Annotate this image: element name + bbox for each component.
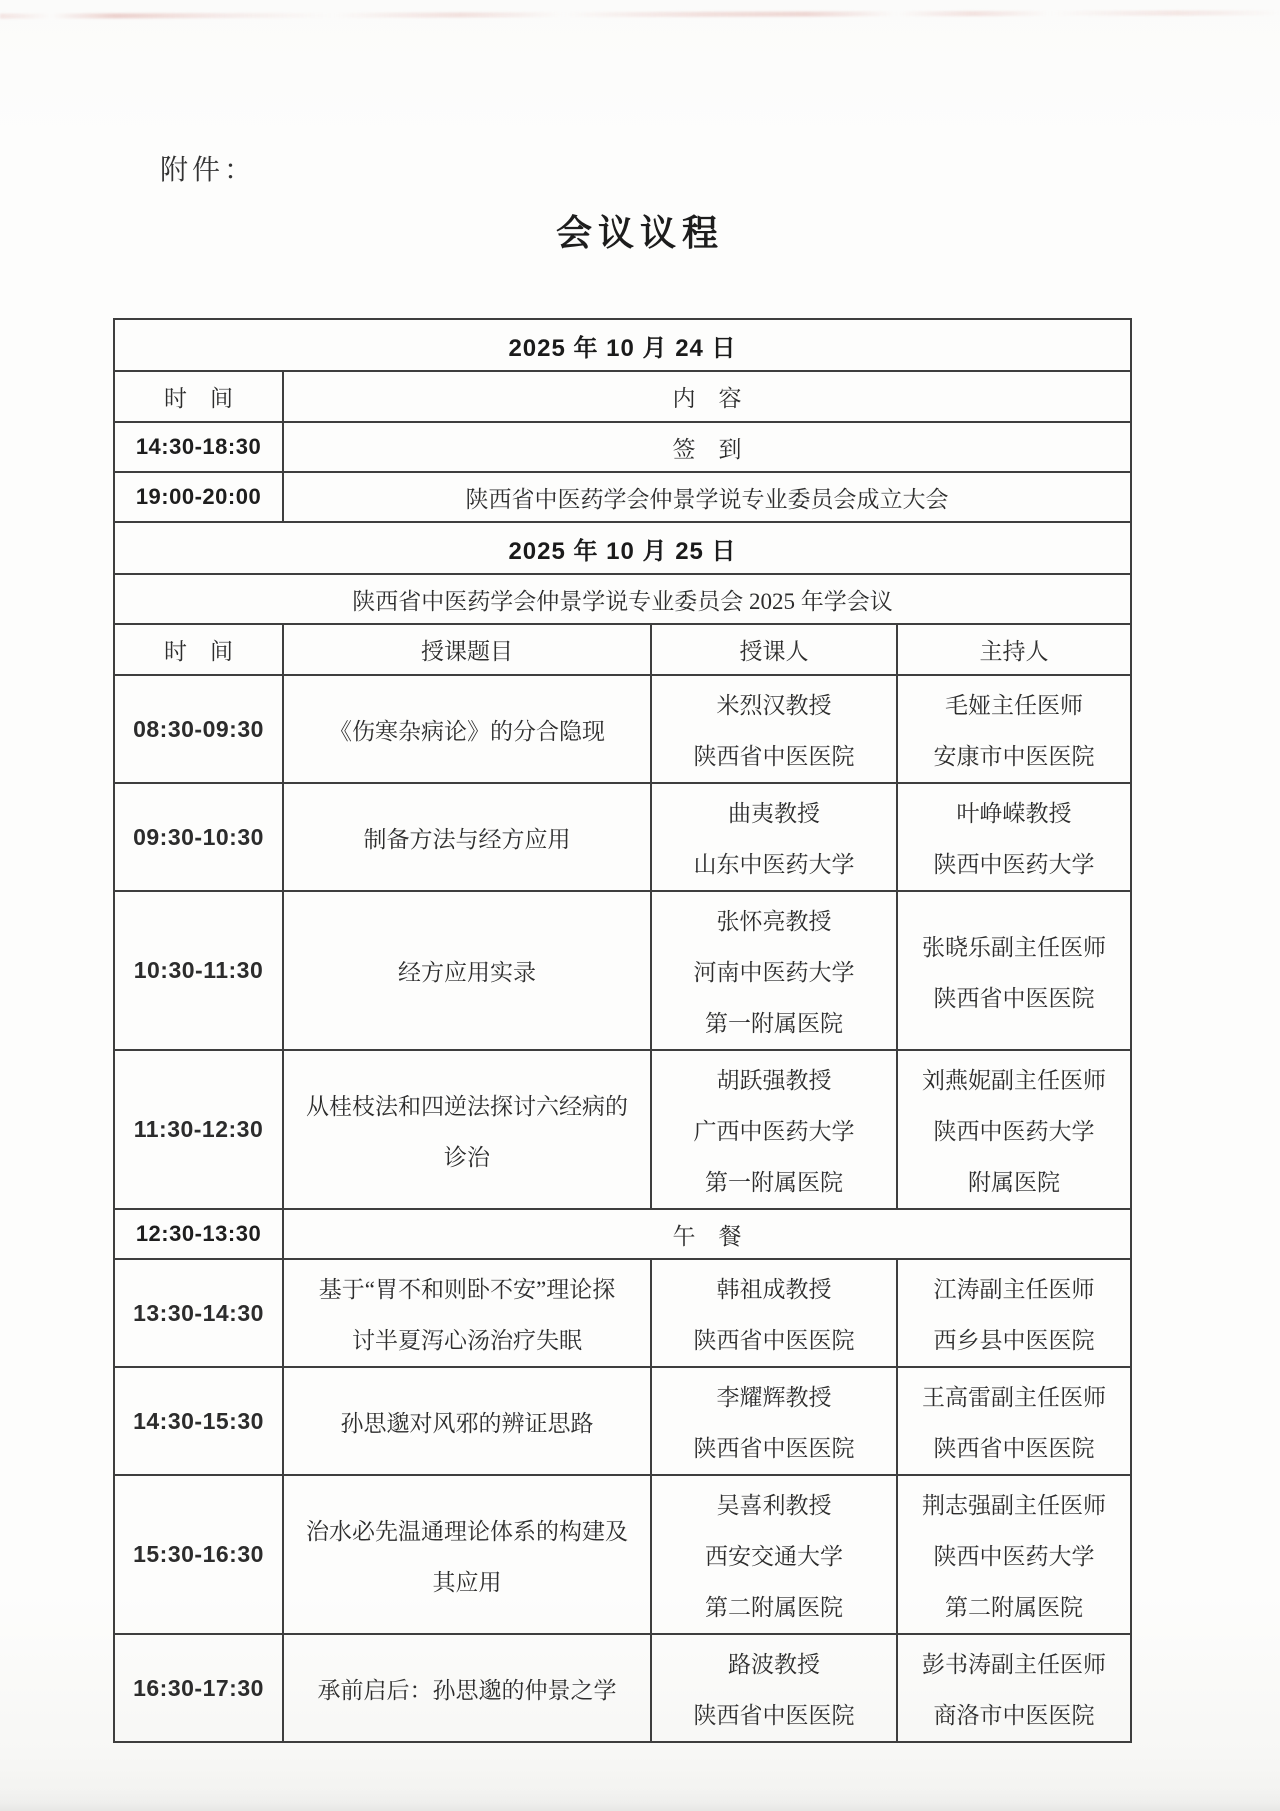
cell-line: 胡跃强教授 xyxy=(658,1053,890,1104)
cell-line: 时 间 xyxy=(119,380,278,413)
cell-line: 商洛市中医医院 xyxy=(904,1688,1124,1739)
scan-artifact-top xyxy=(0,10,1280,18)
cell-line: 14:30-18:30 xyxy=(119,434,278,460)
cell-line: 叶峥嵘教授 xyxy=(904,786,1124,837)
header-host-cell: 主持人 xyxy=(897,624,1131,675)
subtitle-cell: 陕西省中医药学会仲景学说专业委员会 2025 年学会议 xyxy=(114,574,1131,624)
speaker-cell: 曲夷教授山东中医药大学 xyxy=(651,783,897,891)
cell-line: 08:30-09:30 xyxy=(121,704,276,755)
host-cell: 荆志强副主任医师陕西中医药大学第二附属医院 xyxy=(897,1475,1131,1634)
cell-line: 19:00-20:00 xyxy=(119,484,278,510)
cell-line: 其应用 xyxy=(290,1555,644,1606)
table-row-session: 13:30-14:30基于“胃不和则卧不安”理论探讨半夏泻心汤治疗失眠韩祖成教授… xyxy=(114,1259,1131,1367)
cell-line: 陕西省中医医院 xyxy=(658,729,890,780)
cell-line: 09:30-10:30 xyxy=(121,812,276,863)
page-title: 会议议程 xyxy=(0,205,1280,256)
cell-line: 讨半夏泻心汤治疗失眠 xyxy=(290,1313,644,1364)
attachment-label: 附件： xyxy=(160,148,256,188)
cell-line: 13:30-14:30 xyxy=(121,1288,276,1339)
cell-line: 陕西省中医医院 xyxy=(658,1688,890,1739)
cell-line: 第一附属医院 xyxy=(658,1155,890,1206)
cell-line: 诊治 xyxy=(290,1130,644,1181)
table-row-session: 16:30-17:30承前启后：孙思邈的仲景之学路波教授陕西省中医医院彭书涛副主… xyxy=(114,1634,1131,1742)
topic-cell: 治水必先温通理论体系的构建及其应用 xyxy=(283,1475,651,1634)
topic-cell: 承前启后：孙思邈的仲景之学 xyxy=(283,1634,651,1742)
cell-line: 从桂枝法和四逆法探讨六经病的 xyxy=(290,1079,644,1130)
table-row-head2: 时 间内 容 xyxy=(114,371,1131,422)
header-content-cell: 内 容 xyxy=(283,371,1131,422)
cell-line: 荆志强副主任医师 xyxy=(904,1478,1124,1529)
cell-line: 陕西省中医药学会仲景学说专业委员会成立大会 xyxy=(288,481,1126,514)
cell-line: 内 容 xyxy=(288,380,1126,413)
cell-line: 16:30-17:30 xyxy=(121,1663,276,1714)
cell-line: 陕西中医药大学 xyxy=(904,837,1124,888)
host-cell: 张晓乐副主任医师陕西省中医医院 xyxy=(897,891,1131,1050)
topic-cell: 经方应用实录 xyxy=(283,891,651,1050)
speaker-cell: 李耀辉教授陕西省中医医院 xyxy=(651,1367,897,1475)
cell-line: 山东中医药大学 xyxy=(658,837,890,888)
cell-line: 陕西省中医医院 xyxy=(658,1313,890,1364)
time-cell: 14:30-18:30 xyxy=(114,422,283,472)
table-row-simple: 14:30-18:30签 到 xyxy=(114,422,1131,472)
content-cell: 午 餐 xyxy=(283,1209,1131,1259)
table-row-date: 2025 年 10 月 25 日 xyxy=(114,522,1131,574)
header-speaker-cell: 授课人 xyxy=(651,624,897,675)
cell-line: 制备方法与经方应用 xyxy=(290,812,644,863)
cell-line: 西安交通大学 xyxy=(658,1529,890,1580)
cell-line: 主持人 xyxy=(902,633,1126,666)
speaker-cell: 米烈汉教授陕西省中医医院 xyxy=(651,675,897,783)
cell-line: 10:30-11:30 xyxy=(121,945,276,996)
content-cell: 陕西省中医药学会仲景学说专业委员会成立大会 xyxy=(283,472,1131,522)
cell-line: 毛娅主任医师 xyxy=(904,678,1124,729)
cell-line: 曲夷教授 xyxy=(658,786,890,837)
cell-line: 张晓乐副主任医师 xyxy=(904,920,1124,971)
table-row-session: 09:30-10:30制备方法与经方应用曲夷教授山东中医药大学叶峥嵘教授陕西中医… xyxy=(114,783,1131,891)
time-cell: 11:30-12:30 xyxy=(114,1050,283,1209)
cell-line: 基于“胃不和则卧不安”理论探 xyxy=(290,1262,644,1313)
cell-line: 吴喜利教授 xyxy=(658,1478,890,1529)
host-cell: 刘燕妮副主任医师陕西中医药大学附属医院 xyxy=(897,1050,1131,1209)
cell-line: 陕西中医药大学 xyxy=(904,1104,1124,1155)
cell-line: 附属医院 xyxy=(904,1155,1124,1206)
cell-line: 第二附属医院 xyxy=(658,1580,890,1631)
table-row-session: 11:30-12:30从桂枝法和四逆法探讨六经病的诊治胡跃强教授广西中医药大学第… xyxy=(114,1050,1131,1209)
date-cell: 2025 年 10 月 24 日 xyxy=(114,319,1131,371)
cell-line: 午 餐 xyxy=(288,1218,1126,1251)
cell-line: 陕西省中医药学会仲景学说专业委员会 2025 年学会议 xyxy=(119,583,1126,616)
cell-line: 陕西省中医医院 xyxy=(904,971,1124,1022)
cell-line: 陕西中医药大学 xyxy=(904,1529,1124,1580)
cell-line: 2025 年 10 月 24 日 xyxy=(119,328,1126,363)
cell-line: 2025 年 10 月 25 日 xyxy=(119,531,1126,566)
speaker-cell: 韩祖成教授陕西省中医医院 xyxy=(651,1259,897,1367)
agenda-table: 2025 年 10 月 24 日时 间内 容14:30-18:30签 到19:0… xyxy=(113,318,1132,1743)
table-row-session: 08:30-09:30《伤寒杂病论》的分合隐现米烈汉教授陕西省中医医院毛娅主任医… xyxy=(114,675,1131,783)
cell-line: 《伤寒杂病论》的分合隐现 xyxy=(290,704,644,755)
cell-line: 刘燕妮副主任医师 xyxy=(904,1053,1124,1104)
cell-line: 陕西省中医医院 xyxy=(658,1421,890,1472)
cell-line: 韩祖成教授 xyxy=(658,1262,890,1313)
cell-line: 治水必先温通理论体系的构建及 xyxy=(290,1504,644,1555)
cell-line: 孙思邈对风邪的辨证思路 xyxy=(290,1396,644,1447)
header-time-cell: 时 间 xyxy=(114,371,283,422)
cell-line: 陕西省中医医院 xyxy=(904,1421,1124,1472)
table-row-subtitle: 陕西省中医药学会仲景学说专业委员会 2025 年学会议 xyxy=(114,574,1131,624)
time-cell: 09:30-10:30 xyxy=(114,783,283,891)
cell-line: 西乡县中医医院 xyxy=(904,1313,1124,1364)
topic-cell: 孙思邈对风邪的辨证思路 xyxy=(283,1367,651,1475)
cell-line: 授课题目 xyxy=(288,633,646,666)
cell-line: 路波教授 xyxy=(658,1637,890,1688)
cell-line: 经方应用实录 xyxy=(290,945,644,996)
cell-line: 张怀亮教授 xyxy=(658,894,890,945)
cell-line: 承前启后：孙思邈的仲景之学 xyxy=(290,1663,644,1714)
cell-line: 时 间 xyxy=(119,633,278,666)
cell-line: 河南中医药大学 xyxy=(658,945,890,996)
time-cell: 12:30-13:30 xyxy=(114,1209,283,1259)
time-cell: 16:30-17:30 xyxy=(114,1634,283,1742)
table-row-date: 2025 年 10 月 24 日 xyxy=(114,319,1131,371)
time-cell: 13:30-14:30 xyxy=(114,1259,283,1367)
time-cell: 14:30-15:30 xyxy=(114,1367,283,1475)
table-row-simple: 12:30-13:30午 餐 xyxy=(114,1209,1131,1259)
cell-line: 签 到 xyxy=(288,431,1126,464)
table-row-session: 14:30-15:30孙思邈对风邪的辨证思路李耀辉教授陕西省中医医院王高雷副主任… xyxy=(114,1367,1131,1475)
table-row-session: 15:30-16:30治水必先温通理论体系的构建及其应用吴喜利教授西安交通大学第… xyxy=(114,1475,1131,1634)
host-cell: 江涛副主任医师西乡县中医医院 xyxy=(897,1259,1131,1367)
cell-line: 授课人 xyxy=(656,633,892,666)
host-cell: 毛娅主任医师安康市中医医院 xyxy=(897,675,1131,783)
table-row-session: 10:30-11:30经方应用实录张怀亮教授河南中医药大学第一附属医院张晓乐副主… xyxy=(114,891,1131,1050)
content-cell: 签 到 xyxy=(283,422,1131,472)
speaker-cell: 胡跃强教授广西中医药大学第一附属医院 xyxy=(651,1050,897,1209)
speaker-cell: 吴喜利教授西安交通大学第二附属医院 xyxy=(651,1475,897,1634)
time-cell: 15:30-16:30 xyxy=(114,1475,283,1634)
speaker-cell: 张怀亮教授河南中医药大学第一附属医院 xyxy=(651,891,897,1050)
topic-cell: 从桂枝法和四逆法探讨六经病的诊治 xyxy=(283,1050,651,1209)
cell-line: 14:30-15:30 xyxy=(121,1396,276,1447)
cell-line: 李耀辉教授 xyxy=(658,1370,890,1421)
host-cell: 王高雷副主任医师陕西省中医医院 xyxy=(897,1367,1131,1475)
date-cell: 2025 年 10 月 25 日 xyxy=(114,522,1131,574)
cell-line: 12:30-13:30 xyxy=(119,1221,278,1247)
time-cell: 19:00-20:00 xyxy=(114,472,283,522)
header-time-cell: 时 间 xyxy=(114,624,283,675)
table-row-head4: 时 间授课题目授课人主持人 xyxy=(114,624,1131,675)
cell-line: 安康市中医医院 xyxy=(904,729,1124,780)
topic-cell: 《伤寒杂病论》的分合隐现 xyxy=(283,675,651,783)
cell-line: 米烈汉教授 xyxy=(658,678,890,729)
cell-line: 第一附属医院 xyxy=(658,996,890,1047)
cell-line: 江涛副主任医师 xyxy=(904,1262,1124,1313)
scan-artifact-bottom xyxy=(0,1789,1280,1811)
cell-line: 第二附属医院 xyxy=(904,1580,1124,1631)
topic-cell: 基于“胃不和则卧不安”理论探讨半夏泻心汤治疗失眠 xyxy=(283,1259,651,1367)
host-cell: 彭书涛副主任医师商洛市中医医院 xyxy=(897,1634,1131,1742)
time-cell: 08:30-09:30 xyxy=(114,675,283,783)
cell-line: 广西中医药大学 xyxy=(658,1104,890,1155)
header-topic-cell: 授课题目 xyxy=(283,624,651,675)
cell-line: 15:30-16:30 xyxy=(121,1529,276,1580)
cell-line: 彭书涛副主任医师 xyxy=(904,1637,1124,1688)
table-row-simple: 19:00-20:00陕西省中医药学会仲景学说专业委员会成立大会 xyxy=(114,472,1131,522)
host-cell: 叶峥嵘教授陕西中医药大学 xyxy=(897,783,1131,891)
document-page: 附件： 会议议程 2025 年 10 月 24 日时 间内 容14:30-18:… xyxy=(0,0,1280,1811)
time-cell: 10:30-11:30 xyxy=(114,891,283,1050)
topic-cell: 制备方法与经方应用 xyxy=(283,783,651,891)
speaker-cell: 路波教授陕西省中医医院 xyxy=(651,1634,897,1742)
cell-line: 王高雷副主任医师 xyxy=(904,1370,1124,1421)
cell-line: 11:30-12:30 xyxy=(121,1104,276,1155)
